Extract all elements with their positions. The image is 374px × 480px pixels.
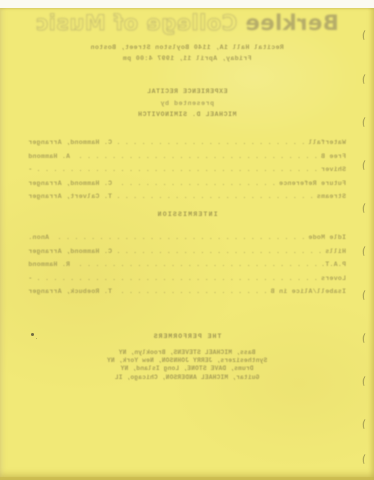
dot-leader: [35, 275, 318, 282]
program-item: Free BA. Hammond: [28, 153, 346, 167]
mirrored-showthrough-layer: Berklee College of Music Recital Hall 1A…: [0, 0, 374, 480]
performer-line: Bass, MICHAEL STEVENS, Brooklyn, NY: [0, 349, 374, 357]
song-title: Shiver: [321, 166, 346, 173]
dot-leader: [115, 180, 276, 187]
program-list-1: WaterfallC. Hammond, Arranger Free BA. H…: [28, 139, 346, 207]
composer-name: C. Hammond, Arranger: [28, 248, 112, 255]
berklee-logo: Berklee College of Music: [0, 11, 374, 35]
program-item: Isabell/Alice in BT. Roebuck, Arranger: [28, 288, 346, 302]
scanned-program-back-page: Berklee College of Music Recital Hall 1A…: [0, 0, 374, 480]
logo-outline-text: College of Music: [35, 11, 245, 35]
song-title: Idle Mode: [308, 234, 346, 241]
performer-line: Guitar, MICHAEL ANDERSON, Chicago, IL: [0, 374, 374, 382]
venue-line: Recital Hall 1A, 1140 Boylston Street, B…: [0, 44, 374, 51]
logo-brand-text: Berklee: [245, 11, 339, 35]
composer-name: C. Hammond, Arranger: [28, 139, 112, 146]
program-item: Shiver-: [28, 166, 346, 180]
dot-leader: [115, 139, 305, 146]
program-item: Lovers-: [28, 275, 346, 289]
program-item: Future ReferenceC. Hammond, Arranger: [28, 180, 346, 194]
program-item: WaterfallC. Hammond, Arranger: [28, 139, 346, 153]
song-title: Lovers: [321, 275, 346, 282]
dot-leader: [115, 288, 267, 295]
composer-name: T. Calvert, Arranger: [28, 193, 112, 200]
song-title: Isabell/Alice in B: [270, 288, 346, 295]
song-title: Future Reference: [279, 180, 346, 187]
dot-leader: [52, 234, 305, 241]
composer-name: Anon.: [28, 234, 49, 241]
dot-leader: [73, 261, 318, 268]
dot-leader: [115, 193, 314, 200]
composer-name: A. Hammond: [28, 153, 70, 160]
date-line: Friday, April 11, 1997 4:00 pm: [0, 55, 374, 62]
song-title: Free B: [321, 153, 346, 160]
presented-by-label: presented by: [0, 100, 374, 107]
program-item: StreamsT. Calvert, Arranger: [28, 193, 346, 207]
program-item: P.A.T.R. Hammond: [28, 261, 346, 275]
performer-line: Drums, DAVE STONE, Long Island, NY: [0, 365, 374, 373]
performers-heading: THE PERFORMERS: [0, 333, 374, 340]
composer-name: C. Hammond, Arranger: [28, 180, 112, 187]
composer-name: -: [28, 166, 32, 173]
song-title: Streams: [317, 193, 346, 200]
recital-title: EXPERIENCE RECITAL: [0, 88, 374, 95]
performers-list: Bass, MICHAEL STEVENS, Brooklyn, NY Synt…: [0, 349, 374, 382]
program-item: Idle ModeAnon.: [28, 234, 346, 248]
program-item: HillsC. Hammond, Arranger: [28, 248, 346, 262]
composer-name: T. Roebuck, Arranger: [28, 288, 112, 295]
song-title: Hills: [325, 248, 346, 255]
composer-name: -: [28, 275, 32, 282]
song-title: P.A.T.: [321, 261, 346, 268]
performer-line: Synthesizers, JERRY JOHNSON, New York, N…: [0, 357, 374, 365]
composer-name: R. Hammond: [28, 261, 70, 268]
presenter-name: MICHAEL D. SIMINOVITCH: [0, 111, 374, 118]
program-list-2: Idle ModeAnon. HillsC. Hammond, Arranger…: [28, 234, 346, 302]
paper-speck: [31, 333, 34, 336]
dot-leader: [35, 166, 318, 173]
dot-leader: [73, 153, 318, 160]
song-title: Waterfall: [308, 139, 346, 146]
scanner-edge-top: [0, 0, 374, 8]
dot-leader: [115, 248, 322, 255]
intermission-heading: INTERMISSION: [0, 211, 374, 218]
